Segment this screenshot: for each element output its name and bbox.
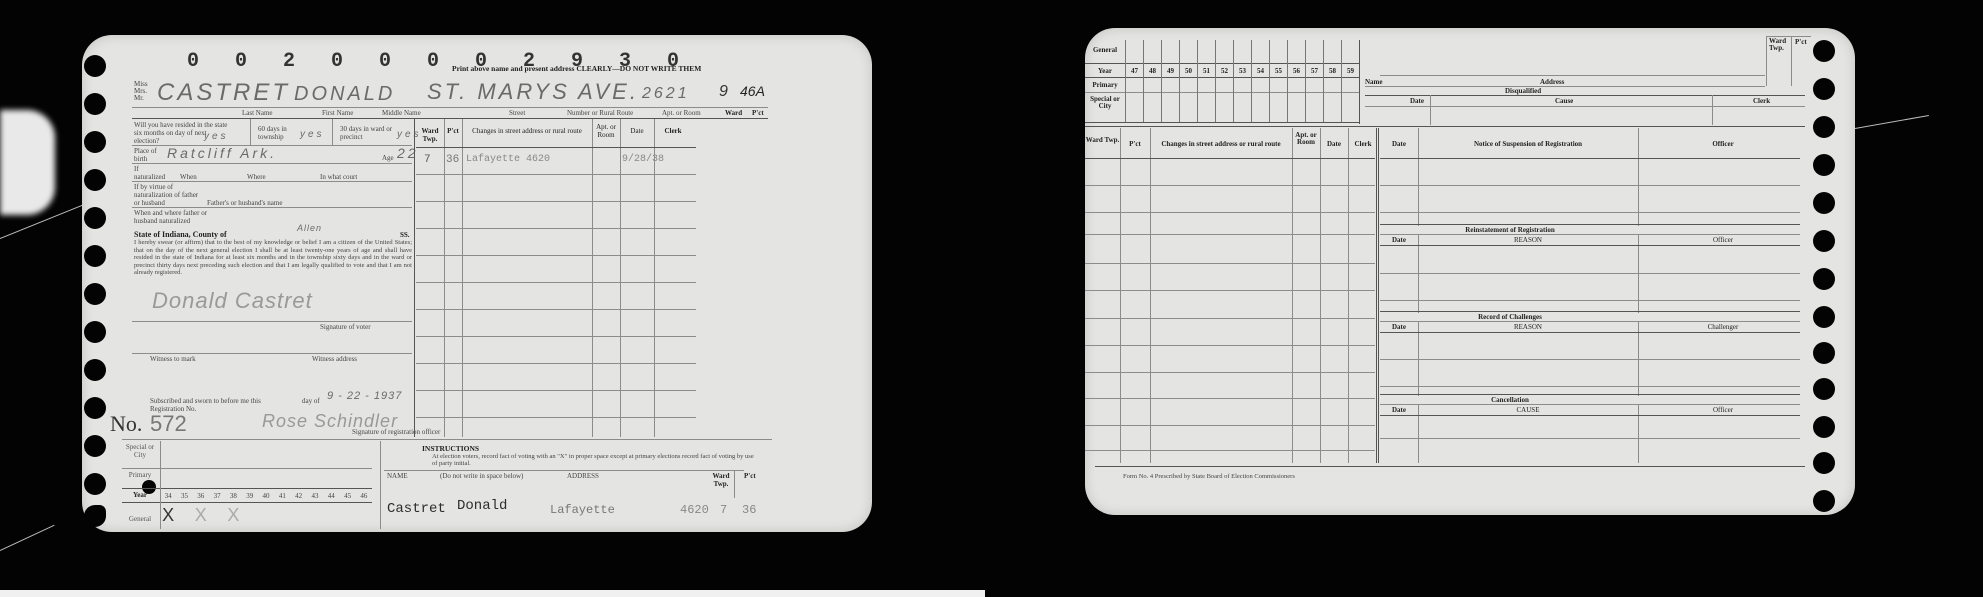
divider xyxy=(380,441,381,529)
naturalized-court-label: In what court xyxy=(320,173,357,181)
cancellation-cause-header: CAUSE xyxy=(1418,406,1638,414)
year-cell: 50 xyxy=(1180,67,1197,75)
row-label-year: Year xyxy=(122,491,158,499)
punch-hole xyxy=(84,397,106,419)
divider xyxy=(1380,404,1800,405)
year-cell: 35 xyxy=(176,492,192,500)
divider xyxy=(1085,212,1375,213)
divider xyxy=(416,282,696,283)
residence-township-answer: yes xyxy=(300,129,325,140)
divider xyxy=(1380,438,1800,439)
year-cell: 38 xyxy=(225,492,241,500)
divider xyxy=(1380,224,1800,225)
oath-county: Allen xyxy=(297,223,322,233)
last-name-value: CASTRET xyxy=(157,79,290,107)
row-label-special: Special or City xyxy=(122,443,158,459)
vote-mark: X xyxy=(225,505,241,526)
col-header-apt: Apt. or Room xyxy=(1292,132,1320,146)
year-cell: 55 xyxy=(1270,67,1287,75)
challenges-date-header: Date xyxy=(1380,323,1418,331)
punch-hole xyxy=(1813,342,1835,364)
divider xyxy=(1292,128,1293,463)
divider xyxy=(1380,234,1800,235)
divider xyxy=(1380,321,1800,322)
divider xyxy=(1085,122,1360,123)
vote-mark xyxy=(323,505,339,526)
punch-hole xyxy=(84,55,106,77)
registration-card-front: 0 0 2 0 0 0 0 2 9 3 0 Print above name a… xyxy=(82,35,872,532)
punch-hole xyxy=(1813,490,1835,512)
divider xyxy=(416,201,696,202)
divider xyxy=(1365,86,1765,87)
year-cell: 34 xyxy=(160,492,176,500)
divider xyxy=(1085,263,1375,264)
punch-hole xyxy=(1813,78,1835,100)
registration-status-panel: Date Notice of Suspension of Registratio… xyxy=(1380,128,1810,463)
divider xyxy=(416,174,696,175)
ward-value: 9 xyxy=(719,83,731,101)
year-cell: 41 xyxy=(274,492,290,500)
divider xyxy=(122,439,772,440)
father-name-label: Father's or husband's name xyxy=(207,199,282,207)
vote-mark xyxy=(339,505,355,526)
divider xyxy=(416,390,696,391)
year-row: 34 35 36 37 38 39 40 41 42 43 44 45 46 xyxy=(160,492,372,500)
row-label-general: General xyxy=(122,515,158,523)
number-value: 2621 xyxy=(642,85,690,103)
instructions-note: (Do not write in space below) xyxy=(440,472,523,480)
cancellation-heading: Cancellation xyxy=(1380,396,1640,404)
residence-township-question: 60 days in township xyxy=(258,125,298,141)
table-cell-pct: 36 xyxy=(446,154,459,166)
suspension-officer-header: Officer xyxy=(1638,140,1808,148)
ward-label: Ward xyxy=(725,109,742,117)
blurred-card-edge xyxy=(0,110,55,215)
punch-hole xyxy=(84,93,106,115)
instructions-heading: INSTRUCTIONS xyxy=(422,445,479,453)
col-header-apt: Apt. or Room xyxy=(592,123,620,139)
punch-hole xyxy=(1813,452,1835,474)
year-cell: 39 xyxy=(242,492,258,500)
first-name-value: DONALD xyxy=(294,83,395,106)
divider xyxy=(416,336,696,337)
divider xyxy=(1095,466,1805,467)
naturalized-label: If naturalized xyxy=(134,165,164,181)
voting-record-grid: Special or City Primary Year General 34 … xyxy=(122,441,372,529)
typed-number: 4620 xyxy=(680,503,709,517)
vote-mark xyxy=(356,505,372,526)
divider xyxy=(416,309,696,310)
street-value: ST. MARYS AVE. xyxy=(427,79,639,105)
punch-hole xyxy=(1813,192,1835,214)
year-cell: 53 xyxy=(1234,67,1251,75)
divider xyxy=(1766,36,1767,86)
divider xyxy=(1378,128,1379,463)
punch-hole xyxy=(84,245,106,267)
age-label: Age xyxy=(382,154,394,162)
reinstatement-date-header: Date xyxy=(1380,236,1418,244)
year-cell: 59 xyxy=(1342,67,1359,75)
punch-hole xyxy=(84,131,106,153)
vote-mark xyxy=(209,505,225,526)
typed-precinct: 36 xyxy=(742,503,756,517)
header-instruction: Print above name and present address CLE… xyxy=(452,65,701,73)
voter-signature: Donald Castret xyxy=(152,288,313,314)
cancellation-date-header: Date xyxy=(1380,406,1418,414)
instructions-pct-label: P'ct xyxy=(744,472,756,480)
col-header-ward: Ward Twp. xyxy=(416,127,444,143)
divider xyxy=(416,228,696,229)
instructions-address-label: ADDRESS xyxy=(567,472,599,480)
divider xyxy=(416,255,696,256)
cancellation-officer-header: Officer xyxy=(1638,406,1808,414)
table-cell-ward: 7 xyxy=(424,154,431,166)
vote-mark: X xyxy=(193,505,209,526)
divider xyxy=(1380,311,1800,312)
suspension-notice-header: Notice of Suspension of Registration xyxy=(1418,140,1638,148)
registration-number: 572 xyxy=(150,411,187,437)
subscribed-day-label: day of xyxy=(302,397,320,405)
disqualified-cause-label: Cause xyxy=(1555,97,1573,105)
divider xyxy=(250,119,251,145)
divider xyxy=(1380,245,1800,246)
back-changes-table: Ward Twp. P'ct Changes in street address… xyxy=(1085,128,1375,463)
divider xyxy=(1085,372,1375,373)
registration-number-prefix: No. xyxy=(110,411,142,437)
divider xyxy=(1380,332,1800,333)
vote-mark xyxy=(307,505,323,526)
year-columns: 47 48 49 50 51 52 53 54 55 56 57 58 59 xyxy=(1125,40,1359,122)
divider xyxy=(132,107,768,108)
punch-hole xyxy=(1813,378,1835,400)
year-cell: 52 xyxy=(1216,67,1233,75)
reinstatement-officer-header: Officer xyxy=(1638,236,1808,244)
divider xyxy=(1085,450,1375,451)
divider xyxy=(1085,185,1375,186)
divider xyxy=(1150,128,1151,463)
back-voting-grid: General Year Primary Special or City 47 … xyxy=(1085,40,1360,125)
year-cell: 46 xyxy=(356,492,372,500)
disqualified-name-label: Name xyxy=(1365,78,1383,86)
punch-hole xyxy=(1813,154,1835,176)
year-cell: 51 xyxy=(1198,67,1215,75)
col-header-pct: P'ct xyxy=(1120,140,1150,148)
vote-mark xyxy=(274,505,290,526)
year-cell: 57 xyxy=(1306,67,1323,75)
divider xyxy=(1380,386,1800,387)
divider xyxy=(416,147,696,148)
year-cell: 44 xyxy=(323,492,339,500)
divider xyxy=(1766,36,1811,37)
punch-hole xyxy=(1813,306,1835,328)
divider xyxy=(1348,128,1349,463)
divider xyxy=(1376,128,1377,463)
street-label: Street xyxy=(509,109,525,117)
divider xyxy=(1085,126,1805,127)
year-cell: 43 xyxy=(307,492,323,500)
signature-label: Signature of voter xyxy=(320,323,371,331)
disqualified-ward-label: Ward Twp. xyxy=(1769,38,1791,52)
punch-hole xyxy=(84,505,106,527)
challenges-heading: Record of Challenges xyxy=(1380,313,1640,321)
punch-hole xyxy=(1813,40,1835,62)
punch-hole xyxy=(84,207,106,229)
birth-value: Ratcliff Ark. xyxy=(167,145,277,161)
divider xyxy=(1380,212,1800,213)
challenges-challenger-header: Challenger xyxy=(1638,323,1808,331)
divider xyxy=(1380,415,1800,416)
naturalized-where-label: Where xyxy=(247,173,266,181)
suspension-date-header: Date xyxy=(1380,140,1418,148)
table-cell-date: 9/28/38 xyxy=(622,154,664,165)
year-cell: 48 xyxy=(1144,67,1161,75)
subscribed-text: Subscribed and sworn to before me this xyxy=(150,397,261,405)
vote-mark xyxy=(242,505,258,526)
row-label-primary: Primary xyxy=(122,471,158,479)
typed-ward: 7 xyxy=(720,503,727,517)
row-label-special: Special or City xyxy=(1085,96,1125,110)
subscribed-date: 9 - 22 - 1937 xyxy=(327,390,402,402)
scratch-line xyxy=(1855,115,1929,129)
divider xyxy=(416,417,696,418)
col-header-pct: P'ct xyxy=(444,127,462,135)
divider xyxy=(1430,95,1431,125)
year-cell: 56 xyxy=(1288,67,1305,75)
divider xyxy=(1085,345,1375,346)
oath-heading: State of Indiana, County of xyxy=(134,231,227,239)
first-name-label: First Name xyxy=(322,109,353,117)
divider xyxy=(1120,128,1121,463)
precinct-value: 46A xyxy=(740,83,765,99)
last-name-label: Last Name xyxy=(242,109,273,117)
divider xyxy=(1380,300,1800,301)
year-cell: 42 xyxy=(291,492,307,500)
typed-last-name: Castret xyxy=(387,501,446,517)
registration-card-back: General Year Primary Special or City 47 … xyxy=(1085,28,1855,515)
divider xyxy=(132,181,412,182)
divider xyxy=(1365,95,1805,96)
general-marks-row: X X X xyxy=(160,505,372,526)
col-header-date: Date xyxy=(620,127,654,135)
row-label-year: Year xyxy=(1085,67,1125,75)
divider xyxy=(414,119,415,437)
col-header-changes: Changes in street address or rural route xyxy=(462,127,592,135)
form-footer: Form No. 4 Prescribed by State Board of … xyxy=(1123,473,1295,481)
challenges-reason-header: REASON xyxy=(1418,323,1638,331)
divider xyxy=(1085,290,1375,291)
witness-address-label: Witness address xyxy=(312,355,357,363)
divider xyxy=(132,207,412,208)
naturalized-by-father-label: If by virtue of naturalization of father… xyxy=(134,183,204,207)
disqualified-clerk-label: Clerk xyxy=(1753,97,1770,105)
divider xyxy=(1320,128,1321,463)
col-header-ward: Ward Twp. xyxy=(1085,136,1120,144)
naturalized-when-label: When xyxy=(180,173,197,181)
changes-table: Ward Twp. P'ct Changes in street address… xyxy=(416,119,772,437)
divider xyxy=(1085,318,1375,319)
col-header-date: Date xyxy=(1320,140,1348,148)
punch-hole xyxy=(1813,416,1835,438)
year-cell: 49 xyxy=(1162,67,1179,75)
divider xyxy=(1712,95,1713,125)
punch-hole xyxy=(84,435,106,457)
divider xyxy=(1380,359,1800,360)
vote-mark xyxy=(176,505,192,526)
col-header-clerk: Clerk xyxy=(1348,140,1378,148)
father-naturalized-label: When and where father or husband natural… xyxy=(134,209,219,225)
typed-first-name: Donald xyxy=(457,498,507,514)
divider xyxy=(416,363,696,364)
table-cell-address: Lafayette 4620 xyxy=(466,154,550,165)
divider xyxy=(1085,425,1375,426)
divider xyxy=(734,470,735,498)
punch-hole xyxy=(84,473,106,495)
year-cell: 58 xyxy=(1324,67,1341,75)
punch-hole xyxy=(84,283,106,305)
punch-hole xyxy=(1813,268,1835,290)
residence-state-answer: yes xyxy=(204,131,229,142)
year-cell: 54 xyxy=(1252,67,1269,75)
divider xyxy=(1380,273,1800,274)
divider xyxy=(1085,398,1375,399)
disqualified-pct-label: P'ct xyxy=(1795,38,1807,46)
salutation-labels: Miss Mrs. Mr. xyxy=(134,81,148,102)
punch-hole xyxy=(84,359,106,381)
year-cell: 37 xyxy=(209,492,225,500)
punch-hole xyxy=(84,169,106,191)
residence-ward-question: 30 days in ward or precinct xyxy=(340,125,400,141)
reinstatement-heading: Reinstatement of Registration xyxy=(1380,226,1640,234)
scratch-line xyxy=(0,525,55,551)
year-cell: 40 xyxy=(258,492,274,500)
instructions-text: At election voters, record fact of votin… xyxy=(432,453,757,467)
apt-label: Apt. or Room xyxy=(662,109,701,117)
punch-hole xyxy=(84,321,106,343)
year-cell: 45 xyxy=(339,492,355,500)
vote-mark xyxy=(258,505,274,526)
divider xyxy=(332,119,333,145)
reinstatement-reason-header: REASON xyxy=(1418,236,1638,244)
divider xyxy=(1085,158,1375,159)
col-header-changes: Changes in street address or rural route xyxy=(1150,140,1292,148)
divider xyxy=(132,353,412,354)
middle-name-label: Middle Name xyxy=(382,109,421,117)
pct-label: P'ct xyxy=(752,109,764,117)
divider xyxy=(132,163,412,164)
scan-edge-strip xyxy=(0,590,985,597)
divider xyxy=(1380,75,1765,76)
vote-mark xyxy=(291,505,307,526)
typed-street: Lafayette xyxy=(550,503,615,517)
disqualified-address-label: Address xyxy=(1540,78,1564,86)
birth-label: Place of birth xyxy=(134,147,164,163)
divider xyxy=(1359,40,1360,124)
divider xyxy=(1380,158,1800,159)
oath-text: I hereby swear (or affirm) that to the b… xyxy=(134,239,412,277)
punch-hole xyxy=(1813,230,1835,252)
divider xyxy=(1380,394,1800,395)
row-label-general: General xyxy=(1085,46,1125,54)
vote-mark: X xyxy=(160,505,176,526)
divider xyxy=(1380,185,1800,186)
disqualified-heading: Disqualified xyxy=(1505,87,1541,95)
punch-hole xyxy=(1813,116,1835,138)
disqualified-date-label: Date xyxy=(1410,97,1424,105)
divider xyxy=(132,321,412,322)
divider xyxy=(384,470,744,471)
year-cell: 36 xyxy=(193,492,209,500)
divider xyxy=(1365,106,1805,107)
instructions-name-label: NAME xyxy=(387,472,408,480)
witness-mark-label: Witness to mark xyxy=(150,355,196,363)
divider xyxy=(1085,234,1375,235)
instructions-ward-label: Ward Twp. xyxy=(712,472,730,488)
oath-ss: SS. xyxy=(400,231,410,239)
divider xyxy=(1791,36,1792,86)
number-label: Number or Rural Route xyxy=(567,109,633,117)
col-header-clerk: Clerk xyxy=(654,127,692,135)
year-cell: 47 xyxy=(1126,67,1143,75)
row-label-primary: Primary xyxy=(1085,81,1125,89)
